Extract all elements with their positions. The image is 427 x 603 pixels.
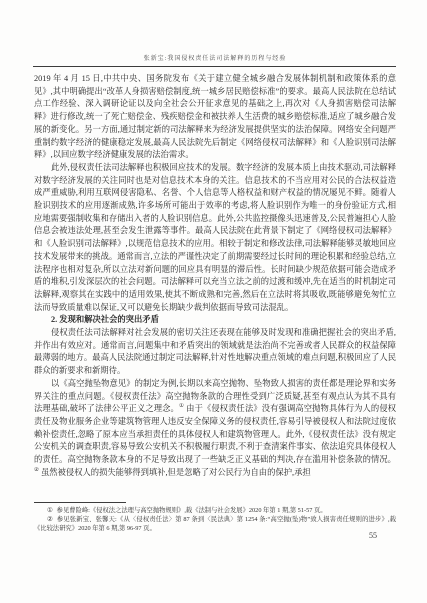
paragraph-text: 虽然被侵权人的损失能够得到填补,但是忽略了对公民行为自由的保护,承担 [39,468,311,477]
footnote-item: ②参见张新宝、张馨天:《从〈侵权责任法〉第 87 条到〈民法典〉第 1254 条… [34,515,396,533]
footnote-text: 参见曹险峰:《侵权法之法理与高空抛物规则》,载《法制与社会发展》2020 年第 … [57,507,327,514]
paragraph: 以《高空抛坠物意见》的制定为例,长期以来高空抛物、坠物致人损害的责任都是理论界和… [34,378,396,480]
footnote-item: ①参见曹险峰:《侵权法之法理与高空抛物规则》,载《法制与社会发展》2020 年第… [34,506,396,515]
footnote-separator [34,502,126,503]
paragraph: 此外,侵权责任法司法解释也积极回应技术的发展。数字经济的发展本质上由技术驱动,司… [34,162,396,314]
paragraph-continuation: 2019 年 4 月 15 日,中共中央、国务院发布《关于建立健全城乡融合发展体… [34,73,396,162]
footnote-marker: ② [47,516,53,523]
section-heading: 2. 发现和解决社会的突出矛盾 [34,314,396,327]
footnote-marker: ① [47,507,53,514]
header-rule [33,66,396,67]
footnote-text: 参见张新宝、张馨天:《从〈侵权责任法〉第 87 条到〈民法典〉第 1254 条:… [34,516,396,532]
paragraph: 侵权责任法司法解释对社会发展的密切关注还表现在能够及时发现和准确把握社会的突出矛… [34,327,396,378]
page-number: 55 [369,531,377,540]
footnote-list: ①参见曹险峰:《侵权法之法理与高空抛物规则》,载《法制与社会发展》2020 年第… [34,506,396,534]
document-page: 张新宝:我国侵权责任法司法解释的历程与经验 2019 年 4 月 15 日,中共… [0,0,427,603]
running-header: 张新宝:我国侵权责任法司法解释的历程与经验 [34,53,396,62]
article-body: 2019 年 4 月 15 日,中共中央、国务院发布《关于建立健全城乡融合发展体… [34,73,396,480]
